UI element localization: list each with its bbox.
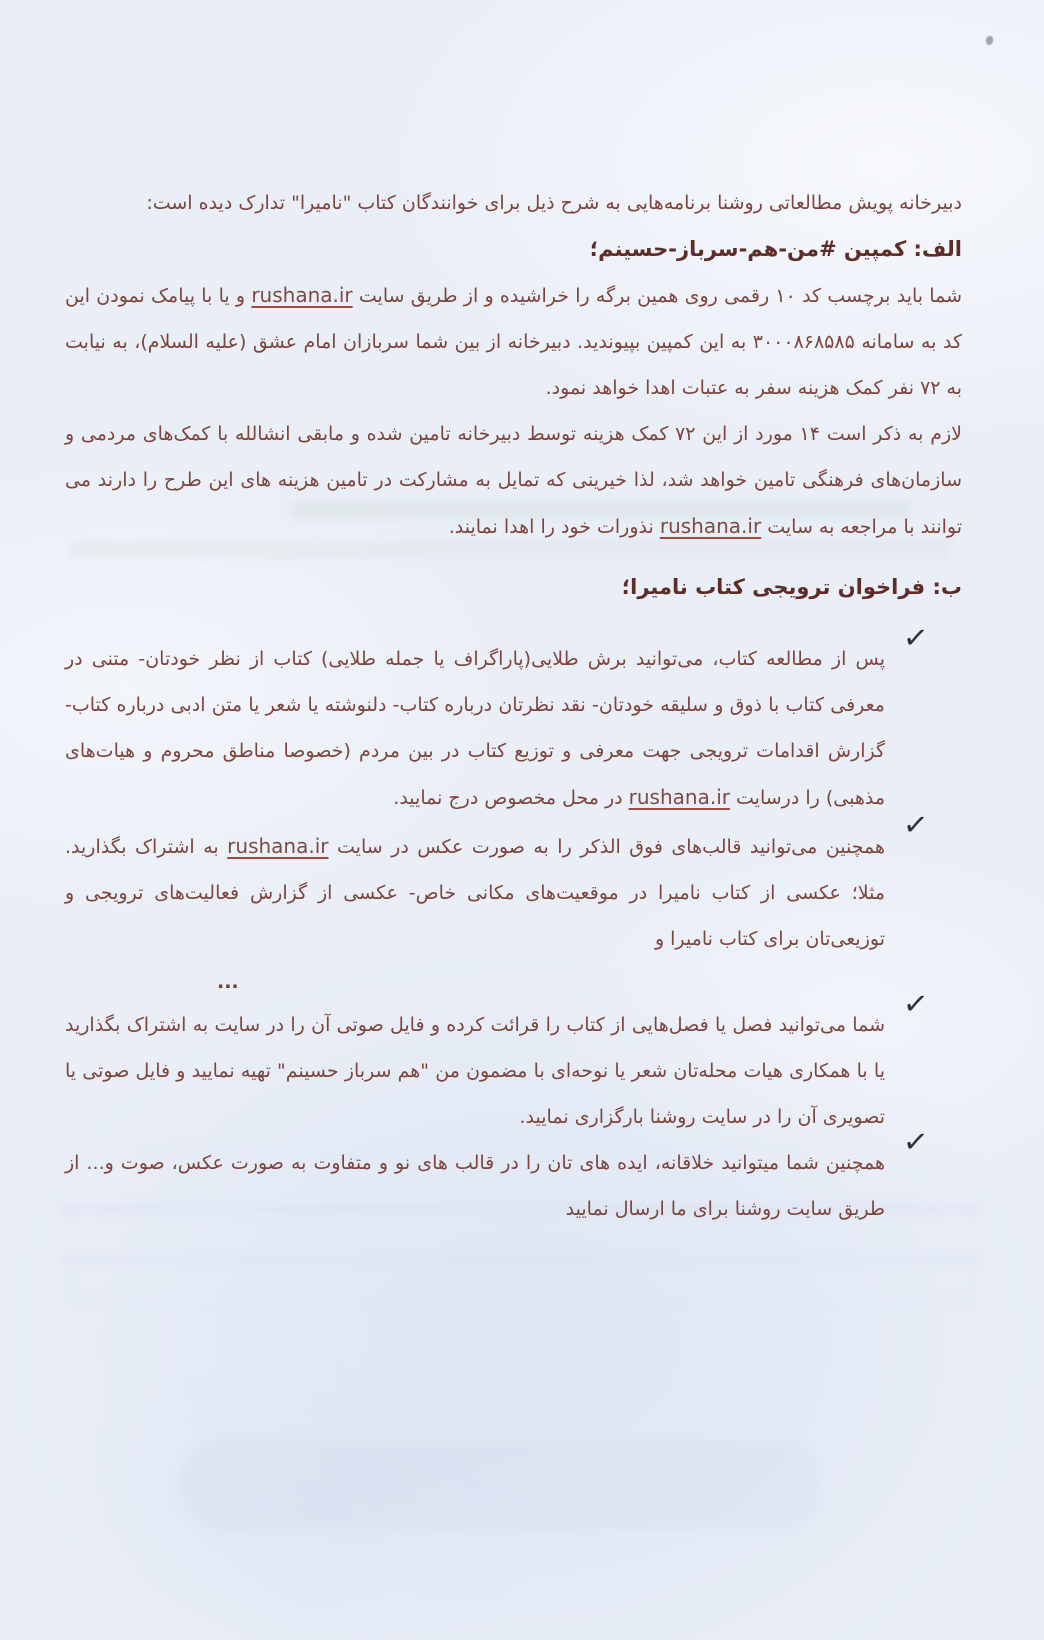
bullet-text: پس از مطالعه کتاب، می‌توانید برش طلایی(پ… — [65, 636, 885, 821]
document-text-block: دبیرخانه پویش مطالعاتی روشنا برنامه‌هایی… — [65, 180, 962, 1232]
paragraph-text: شما می‌توانید فصل یا فصل‌هایی از کتاب را… — [65, 1014, 885, 1128]
ellipsis-line: ... — [65, 962, 885, 1002]
checkmark-icon: ✓ — [901, 1127, 929, 1159]
bullet-item-creative-ideas: ✓ همچنین شما میتوانید خلاقانه، ایده های … — [65, 1140, 962, 1232]
bleedthrough-ghost — [180, 1440, 820, 1530]
bullet-text: شما می‌توانید فصل یا فصل‌هایی از کتاب را… — [65, 1002, 885, 1140]
funding-note-paragraph: لازم به ذکر است ۱۴ مورد از این ۷۲ کمک هز… — [65, 411, 962, 550]
intro-paragraph: دبیرخانه پویش مطالعاتی روشنا برنامه‌هایی… — [65, 180, 962, 226]
checkmark-icon: ✓ — [901, 810, 929, 842]
bleedthrough-ghost — [60, 1258, 980, 1262]
rushana-url-text: rushana.ir — [660, 514, 761, 538]
bullet-item-golden-cut: ✓ پس از مطالعه کتاب، می‌توانید برش طلایی… — [65, 636, 962, 821]
paragraph-text: شما باید برچسب کد ۱۰ رقمی روی همین برگه … — [353, 285, 962, 307]
paragraph-text: همچنین شما میتوانید خلاقانه، ایده های تا… — [65, 1152, 885, 1220]
scanned-document-page: دبیرخانه پویش مطالعاتی روشنا برنامه‌هایی… — [0, 0, 1044, 1640]
paragraph-text: در محل مخصوص درج نمایید. — [393, 787, 628, 809]
checkmark-icon: ✓ — [901, 623, 929, 655]
bullet-text: همچنین می‌توانید قالب‌های فوق الذکر را ب… — [65, 823, 885, 962]
paragraph-text: نذورات خود را اهدا نمایند. — [449, 516, 660, 538]
section-a-heading: الف: کمپین #من-هم-سرباز-حسینم؛ — [65, 226, 962, 272]
bullet-item-audio-recitation: ✓ شما می‌توانید فصل یا فصل‌هایی از کتاب … — [65, 1002, 962, 1140]
bullet-text: همچنین شما میتوانید خلاقانه، ایده های تا… — [65, 1140, 885, 1232]
rushana-url-text: rushana.ir — [227, 834, 328, 858]
bullet-item-photo-share: ✓ همچنین می‌توانید قالب‌های فوق الذکر را… — [65, 823, 962, 1002]
section-b-heading: ب: فراخوان ترویجی کتاب نامیرا؛ — [65, 564, 962, 610]
rushana-url-text: rushana.ir — [251, 283, 352, 307]
paragraph-text: همچنین می‌توانید قالب‌های فوق الذکر را ب… — [329, 836, 886, 858]
paragraph-text: پس از مطالعه کتاب، می‌توانید برش طلایی(پ… — [65, 648, 885, 809]
checkmark-icon: ✓ — [901, 989, 929, 1021]
campaign-join-paragraph: شما باید برچسب کد ۱۰ رقمی روی همین برگه … — [65, 272, 962, 411]
scan-dust-speck — [986, 36, 993, 45]
rushana-url-text: rushana.ir — [629, 785, 730, 809]
